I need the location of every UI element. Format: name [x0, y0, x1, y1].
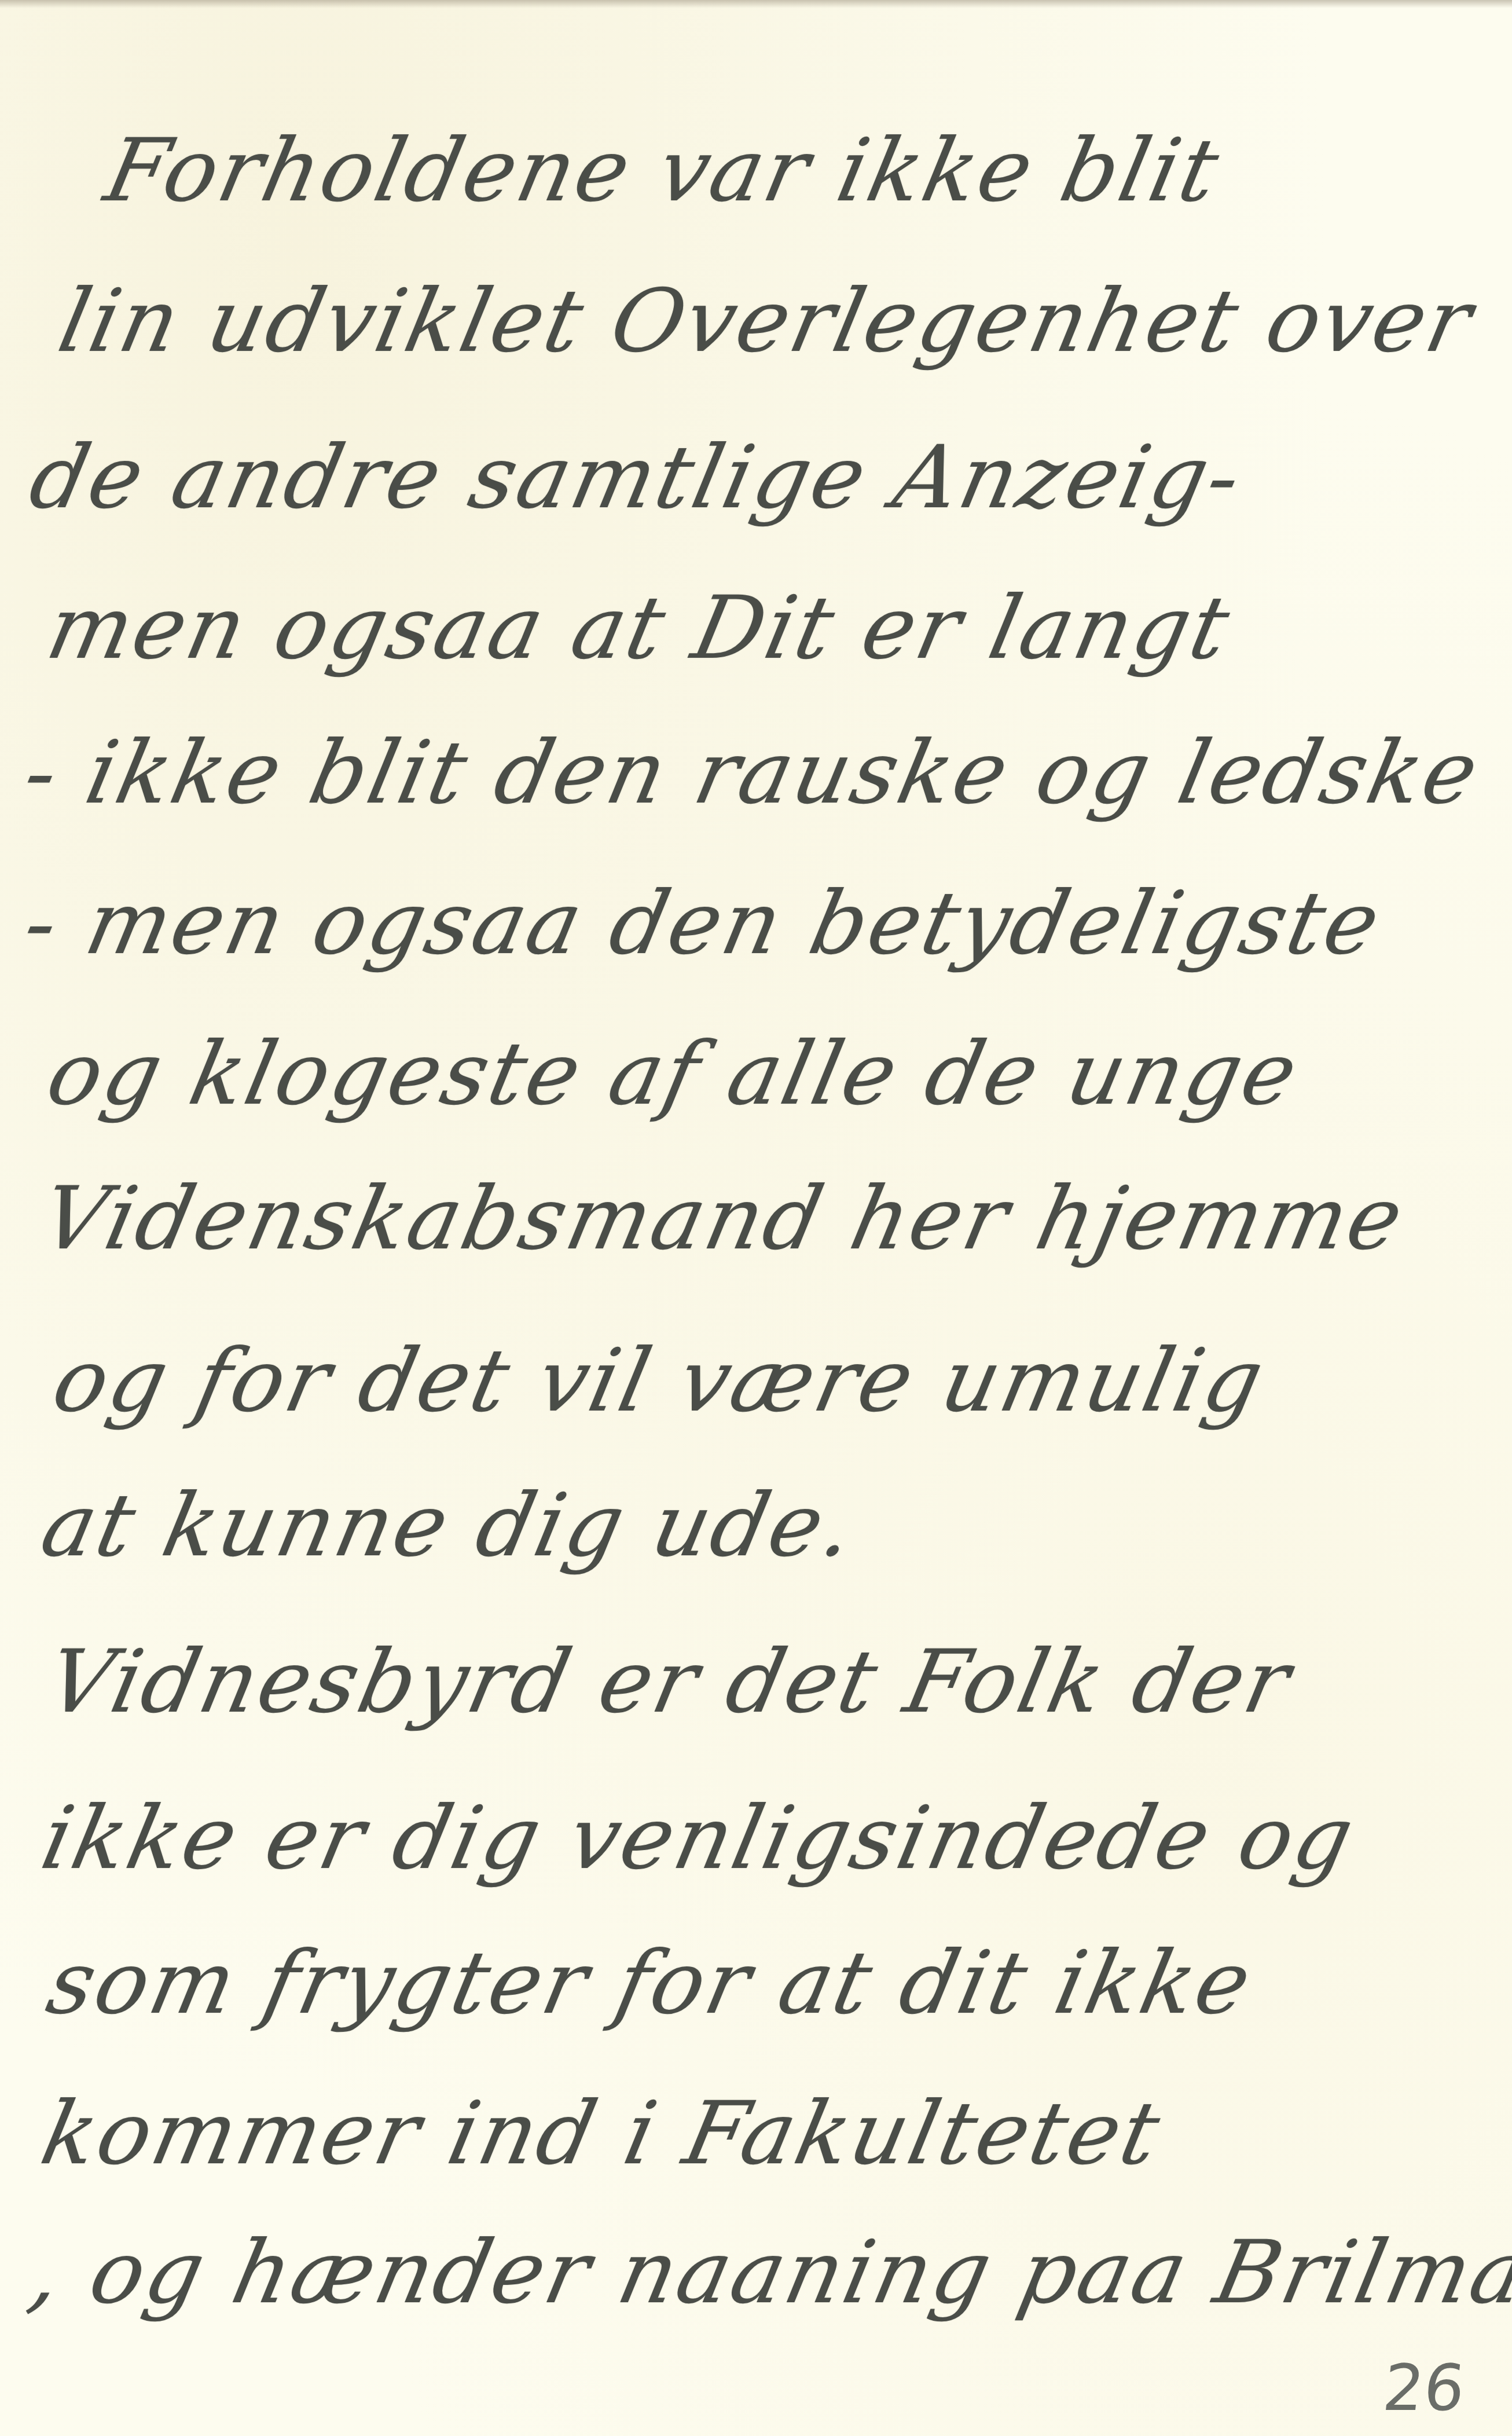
handwritten-line: lin udviklet Overlegenhet over	[52, 278, 1481, 365]
handwritten-line: som frygter for at dit ikke	[41, 1940, 1260, 2027]
page-number: 26	[1379, 2351, 1468, 2425]
handwritten-line: ikke er dig venligsindede og	[35, 1795, 1362, 1882]
handwritten-line: Videnskabsmand her hjemme	[35, 1175, 1412, 1262]
handwritten-line: - ikke blit den rauske og ledske	[17, 730, 1487, 816]
manuscript-page: Forholdene var ikke blit lin udviklet Ov…	[0, 0, 1512, 2436]
handwritten-line: - men ogsaa den betydeligste	[17, 880, 1389, 967]
handwritten-line: at kunne dig ude.	[35, 1482, 863, 1569]
handwritten-line: , og hænder naaning paa Brilmann	[23, 2229, 1512, 2316]
handwritten-line: men ogsaa at Dit er langt	[41, 585, 1238, 672]
handwritten-line: og for det vil være umulig	[46, 1338, 1272, 1424]
handwritten-line: Vidnesbyrd er det Folk der	[41, 1639, 1299, 1726]
paper-top-edge-shadow	[0, 0, 1512, 8]
handwritten-line: Forholdene var ikke blit	[98, 127, 1228, 214]
handwritten-line: kommer ind i Fakultetet	[35, 2090, 1169, 2177]
handwritten-line: de andre samtlige Anzeig-	[23, 434, 1250, 521]
handwritten-line: og klogeste af alle de unge	[41, 1031, 1306, 1118]
